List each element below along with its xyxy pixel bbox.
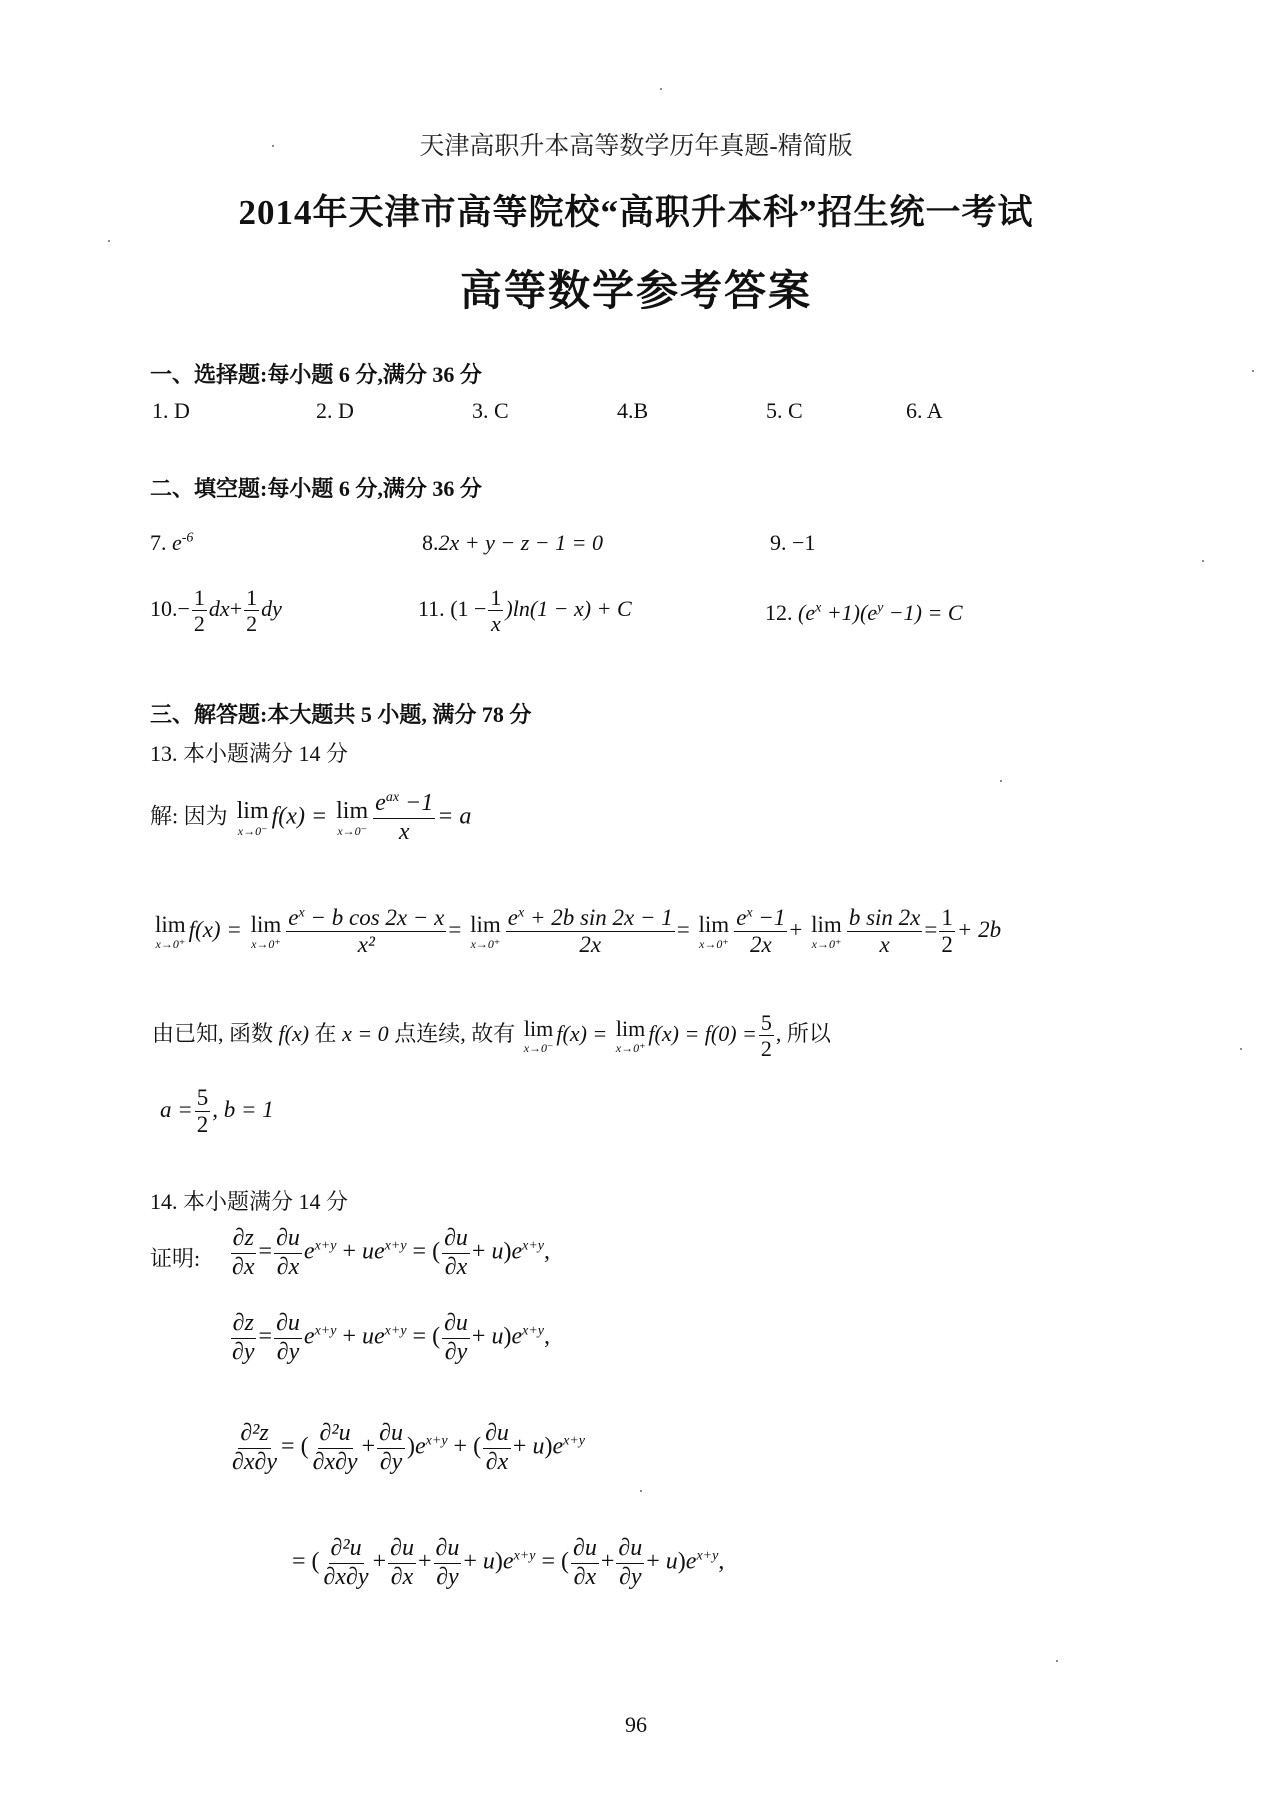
answer-5: 5. C xyxy=(766,398,803,424)
denominator: ∂x∂y xyxy=(322,1564,371,1592)
numerator: 1 xyxy=(939,905,955,932)
q14-line2: ∂z∂y=∂u∂yex+y + uex+y = (∂u∂y+ u)ex+y, xyxy=(228,1310,550,1366)
denominator: ∂x∂y xyxy=(311,1449,360,1477)
numerator: 1 xyxy=(244,585,259,611)
denominator: ∂y xyxy=(275,1339,302,1367)
limit-right-4: limx→0⁺ xyxy=(811,913,842,950)
limit-left-2: limx→0⁻ xyxy=(336,799,368,837)
denominator: ∂y xyxy=(434,1564,461,1592)
lim-subscript: x→0⁻ xyxy=(337,825,367,837)
doc-title: 高等数学参考答案 xyxy=(0,258,1272,318)
q10-frac1: 12 xyxy=(192,585,207,637)
frac-4: b sin 2xx xyxy=(847,905,923,959)
q12-number: 12. xyxy=(765,600,793,625)
num-a: e xyxy=(736,905,746,930)
q9-expr: −1 xyxy=(792,530,815,555)
result: = a xyxy=(437,804,471,830)
scan-speck xyxy=(1202,560,1204,562)
denominator: ∂y xyxy=(617,1564,644,1592)
exp: x+y xyxy=(563,1434,585,1449)
num-tail: −1 xyxy=(399,790,433,816)
q14-proof-label: 证明: xyxy=(150,1242,200,1273)
denominator: x xyxy=(489,611,503,636)
numerator: 1 xyxy=(192,585,207,611)
page-number: 96 xyxy=(0,1712,1272,1738)
d2z-dxdy: ∂²z∂x∂y xyxy=(230,1420,279,1476)
q12-part-b: +1)(e xyxy=(821,600,877,625)
text-a: 由已知, 函数 xyxy=(152,1021,273,1046)
du-dx-2: ∂u∂x xyxy=(571,1535,599,1591)
scan-speck xyxy=(272,145,274,147)
numerator: ∂²u xyxy=(318,1420,353,1449)
frac-a: 52 xyxy=(195,1085,211,1139)
denominator: 2 xyxy=(192,611,207,636)
q13-line2: limx→0⁺f(x) = limx→0⁺ex − b cos 2x − xx²… xyxy=(152,905,1001,959)
q13-solution-prefix: 解: 因为 xyxy=(150,804,228,829)
frac-3: ex −12x xyxy=(734,905,787,959)
frac-1: ex − b cos 2x − xx² xyxy=(286,905,446,959)
text-d: , 所以 xyxy=(776,1021,831,1046)
section1-heading: 一、选择题:每小题 6 分,满分 36 分 xyxy=(150,358,482,389)
numerator: ∂u xyxy=(442,1225,470,1254)
q12-part-a: (e xyxy=(798,600,815,625)
q14-line4: = (∂²u∂x∂y+∂u∂x+∂u∂y+ u)ex+y = (∂u∂x+∂u∂… xyxy=(292,1535,724,1591)
num-b: + 2b sin 2x − 1 xyxy=(524,905,673,930)
exp: x+y xyxy=(522,1324,544,1339)
num-b: − b cos 2x − x xyxy=(305,905,445,930)
section2-heading: 二、填空题:每小题 6 分,满分 36 分 xyxy=(150,472,482,503)
numerator: 5 xyxy=(759,1010,774,1036)
denominator: x² xyxy=(356,932,377,958)
du-dx-2: ∂u∂x xyxy=(442,1225,470,1281)
dz-dx: ∂z∂x xyxy=(230,1225,257,1281)
denominator: 2 xyxy=(244,611,259,636)
numerator: ∂u xyxy=(274,1225,302,1254)
denominator: 2 xyxy=(939,932,955,958)
partial-symbol: ∂ xyxy=(233,1225,245,1251)
tail: + 2b xyxy=(957,917,1001,942)
lim-label: lim xyxy=(811,913,842,936)
denominator: ∂x xyxy=(572,1564,599,1592)
denominator: ∂x xyxy=(443,1254,470,1282)
q7-number: 7. xyxy=(150,530,167,555)
limit-plus: limx→0⁺ xyxy=(616,1018,646,1054)
frac-five-halves: 52 xyxy=(759,1010,774,1062)
fill-answer-7: 7. e-6 xyxy=(150,530,193,556)
dz-dy: ∂z∂y xyxy=(230,1310,257,1366)
numerator: ex − b cos 2x − x xyxy=(286,905,446,932)
section3-heading: 三、解答题:本大题共 5 小题, 满分 78 分 xyxy=(150,698,531,729)
denominator: ∂x xyxy=(275,1254,302,1282)
numerator: ∂u xyxy=(483,1420,511,1449)
denominator: 2x xyxy=(577,932,603,958)
numerator: ∂u xyxy=(434,1535,462,1564)
fill-answer-11: 11. (1 −1x)ln(1 − x) + C xyxy=(418,585,632,637)
denominator: ∂x xyxy=(389,1564,416,1592)
exp: x+y xyxy=(385,1239,407,1254)
q8-expr: 2x + y − z − 1 = 0 xyxy=(439,530,603,555)
limit-right: limx→0⁺ xyxy=(155,913,186,950)
text-c: 点连续, 故有 xyxy=(394,1021,515,1046)
numerator: ∂²z xyxy=(238,1420,270,1449)
numerator: ∂z xyxy=(231,1310,256,1339)
denominator: 2 xyxy=(759,1036,774,1061)
fill-answer-12: 12. (ex +1)(ey −1) = C xyxy=(765,600,963,626)
numerator: ∂u xyxy=(616,1535,644,1564)
lim-label: lim xyxy=(336,799,368,823)
frac-half: 12 xyxy=(939,905,955,959)
denominator: 2 xyxy=(195,1112,211,1138)
fill-answer-9: 9. −1 xyxy=(770,530,815,556)
partial-symbol: ∂ xyxy=(232,1254,244,1280)
lim-label: lim xyxy=(251,913,282,936)
numerator: 1 xyxy=(488,585,503,611)
scan-speck xyxy=(1240,1048,1242,1050)
denominator: ∂x xyxy=(230,1254,257,1282)
scan-speck xyxy=(1252,370,1254,372)
scan-speck xyxy=(108,240,110,242)
num-a: e xyxy=(288,905,298,930)
numerator: ∂u xyxy=(274,1310,302,1339)
q14-line1: ∂z∂x=∂u∂xex+y + uex+y = (∂u∂x+ u)ex+y, xyxy=(228,1225,550,1281)
denominator: x xyxy=(397,819,412,847)
du-dy: ∂u∂y xyxy=(434,1535,462,1591)
lim-subscript: x→0⁺ xyxy=(812,938,842,950)
limit-minus: limx→0⁻ xyxy=(524,1018,554,1054)
du-dx: ∂u∂x xyxy=(483,1420,511,1476)
q13-line4: a =52, b = 1 xyxy=(160,1085,274,1139)
fill-answer-8: 8.2x + y − z − 1 = 0 xyxy=(422,530,603,556)
numerator: 5 xyxy=(195,1085,211,1112)
mid: f(x) = xyxy=(556,1021,607,1046)
numerator: ∂²u xyxy=(329,1535,364,1564)
numerator: ∂u xyxy=(388,1535,416,1564)
answer-2: 2. D xyxy=(316,398,354,424)
exp: x+y xyxy=(522,1239,544,1254)
limit-left: limx→0⁻ xyxy=(237,799,269,837)
numerator: ∂u xyxy=(571,1535,599,1564)
denominator: ∂x xyxy=(484,1449,511,1477)
q14-heading: 14. 本小题满分 14 分 xyxy=(150,1185,348,1216)
limit-right-2: limx→0⁺ xyxy=(470,913,501,950)
q13-heading: 13. 本小题满分 14 分 xyxy=(150,737,348,768)
q11-open: (1 − xyxy=(450,596,486,621)
answer-1: 1. D xyxy=(152,398,190,424)
q13-line1: 解: 因为 limx→0⁻f(x) = limx→0⁻eax −1x= a xyxy=(150,790,471,846)
numerator: ∂u xyxy=(377,1420,405,1449)
q7-exponent: -6 xyxy=(182,531,194,546)
limit-right-1: limx→0⁺ xyxy=(251,913,282,950)
du-dx: ∂u∂x xyxy=(388,1535,416,1591)
q7-base: e xyxy=(172,530,182,555)
running-title: 天津高职升本高等数学历年真题-精简版 xyxy=(0,126,1272,162)
lim-label: lim xyxy=(699,913,730,936)
exp: x+y xyxy=(385,1324,407,1339)
q11-frac: 1x xyxy=(488,585,503,637)
lim-subscript: x→0⁺ xyxy=(251,938,281,950)
lim-subscript: x→0⁺ xyxy=(699,938,729,950)
scan-speck xyxy=(1000,780,1002,782)
q10-plus: + xyxy=(230,596,242,621)
numerator: ex −1 xyxy=(734,905,787,932)
du-dy-2: ∂u∂y xyxy=(616,1535,644,1591)
condition: x = 0 xyxy=(342,1021,389,1046)
q10-dx: dx xyxy=(209,596,230,621)
d2u-dxdy: ∂²u∂x∂y xyxy=(322,1535,371,1591)
lim-subscript: x→0⁺ xyxy=(471,938,501,950)
denominator: 2x xyxy=(748,932,774,958)
q13-frac-left: eax −1x xyxy=(373,790,435,846)
denominator: ∂y xyxy=(230,1339,257,1367)
du-dy: ∂u∂y xyxy=(274,1310,302,1366)
q11-number: 11. xyxy=(418,596,445,621)
fx: f(x) = xyxy=(272,804,328,830)
exp: x+y xyxy=(315,1324,337,1339)
limit-right-3: limx→0⁺ xyxy=(699,913,730,950)
numerator: eax −1 xyxy=(373,790,435,819)
q8-number: 8. xyxy=(422,530,439,555)
lim-label: lim xyxy=(470,913,501,936)
a-eq: a = xyxy=(160,1097,193,1122)
q13-line3: 由已知, 函数 f(x) 在 x = 0 点连续, 故有 limx→0⁻f(x)… xyxy=(152,1010,831,1062)
exp: x+y xyxy=(514,1549,536,1564)
q9-number: 9. xyxy=(770,530,787,555)
fx: f(x) xyxy=(279,1021,310,1046)
exp: x+y xyxy=(315,1239,337,1254)
scan-speck xyxy=(1056,1660,1058,1662)
scan-speck xyxy=(640,1490,642,1492)
answer-3: 3. C xyxy=(472,398,509,424)
du-dy: ∂u∂y xyxy=(377,1420,405,1476)
num-exp: ax xyxy=(386,790,399,805)
lim-subscript: x→0⁺ xyxy=(616,1042,646,1054)
num-base: e xyxy=(375,790,386,816)
denominator: ∂x∂y xyxy=(230,1449,279,1477)
frac-2: ex + 2b sin 2x − 12x xyxy=(506,905,675,959)
numerator: ∂z xyxy=(231,1225,256,1254)
exam-title: 2014年天津市高等院校“高职升本科”招生统一考试 xyxy=(0,185,1272,235)
q14-line3: ∂²z∂x∂y= (∂²u∂x∂y+∂u∂y)ex+y + (∂u∂x+ u)e… xyxy=(228,1420,585,1476)
lim-label: lim xyxy=(155,913,186,936)
q12-part-c: −1) = C xyxy=(883,600,962,625)
d2u-dxdy: ∂²u∂x∂y xyxy=(311,1420,360,1476)
exp: x+y xyxy=(696,1549,718,1564)
denominator: ∂y xyxy=(378,1449,405,1477)
lim-label: lim xyxy=(524,1018,553,1040)
q10-frac2: 12 xyxy=(244,585,259,637)
q10-sign: − xyxy=(178,596,190,621)
du-dy-2: ∂u∂y xyxy=(442,1310,470,1366)
numerator: b sin 2x xyxy=(847,905,923,932)
fill-answer-10: 10.−12dx+12dy xyxy=(150,585,282,637)
num-a: e xyxy=(508,905,518,930)
exp: x+y xyxy=(426,1434,448,1449)
denominator: ∂y xyxy=(443,1339,470,1367)
q11-rest: )ln(1 − x) + C xyxy=(505,596,631,621)
lim-label: lim xyxy=(616,1018,645,1040)
answer-6: 6. A xyxy=(906,398,943,424)
num-b: −1 xyxy=(753,905,786,930)
numerator: ∂u xyxy=(442,1310,470,1339)
fx: f(x) = xyxy=(189,917,242,942)
q10-dy: dy xyxy=(261,596,282,621)
b-eq: , b = 1 xyxy=(212,1097,274,1122)
scan-speck xyxy=(660,88,662,90)
lim-subscript: x→0⁻ xyxy=(238,825,268,837)
lim-subscript: x→0⁺ xyxy=(156,938,186,950)
du-dx: ∂u∂x xyxy=(274,1225,302,1281)
numerator: ex + 2b sin 2x − 1 xyxy=(506,905,675,932)
mid2: f(x) = f(0) = xyxy=(648,1021,757,1046)
lim-subscript: x→0⁻ xyxy=(524,1042,554,1054)
answer-4: 4.B xyxy=(617,398,648,424)
text-b: 在 xyxy=(315,1021,337,1046)
lim-label: lim xyxy=(237,799,269,823)
q10-number: 10. xyxy=(150,596,178,621)
denominator: x xyxy=(877,932,891,958)
